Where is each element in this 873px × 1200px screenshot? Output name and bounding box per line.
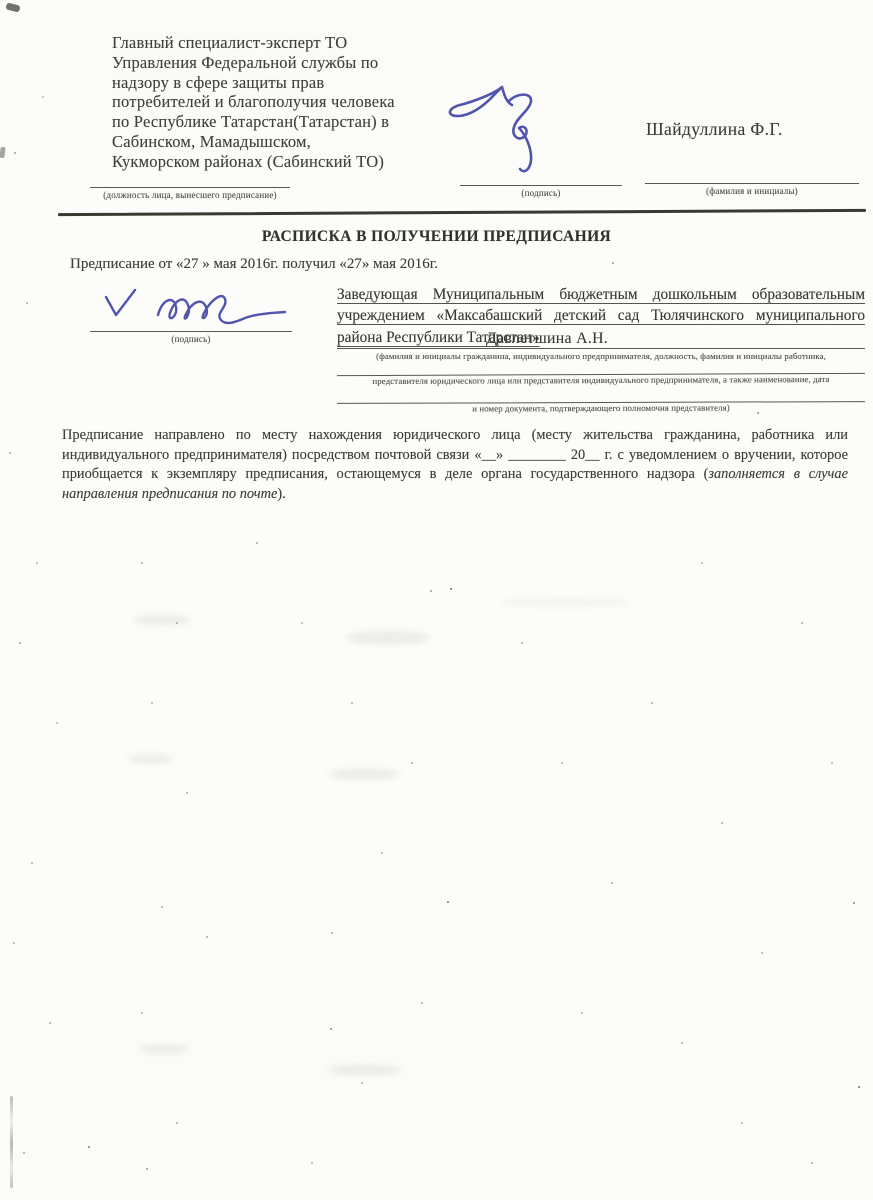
issuer-position-line: Главный специалист-эксперт ТО — [112, 33, 442, 53]
recipient-signature-line-group: (подпись) — [90, 331, 292, 344]
mailing-note-paragraph: Предписание направлено по месту нахожден… — [62, 426, 848, 504]
issuer-position-line: по Республике Татарстан(Татарстан) в — [112, 112, 442, 132]
issuer-signature-ink — [432, 76, 552, 186]
recipient-name: Давлетшина А.Н. — [486, 330, 608, 348]
recipient-signature-ink — [82, 284, 307, 338]
receipt-heading: РАСПИСКА В ПОЛУЧЕНИИ ПРЕДПИСАНИЯ — [0, 228, 873, 246]
recipient-name-line: Давлетшина А.Н. — [337, 330, 865, 349]
position-line-group: (должность лица, вынесшего предписание) — [90, 187, 290, 200]
scan-corner-mark — [5, 2, 20, 12]
issuer-position-line: Сабинском, Мамадышском, — [112, 132, 442, 152]
scan-noise — [0, 0, 2, 2]
scan-smudge — [345, 630, 431, 645]
section-divider-rule — [58, 209, 866, 216]
mailing-note-text: ). — [277, 486, 285, 502]
caption-fine-print-2: представителя юридического лица или пред… — [337, 374, 865, 386]
fine-print-line-group-3: и номер документа, подтверждающего полно… — [337, 401, 865, 414]
scan-edge-streak — [10, 1096, 13, 1188]
scan-smudge — [128, 754, 174, 764]
issuer-position-line: надзору в сфере защиты прав — [112, 73, 442, 93]
issuer-position-block: Главный специалист-эксперт ТО Управления… — [112, 33, 442, 172]
issuer-name: Шайдуллина Ф.Г. — [646, 119, 783, 140]
signature-line-group: (подпись) — [460, 185, 622, 198]
issuer-position-line: Кукморском районах (Сабинский ТО) — [112, 152, 442, 172]
caption-name: (фамилия и инициалы) — [645, 184, 859, 196]
caption-signature: (подпись) — [460, 186, 622, 198]
caption-position: (должность лица, вынесшего предписание) — [90, 188, 290, 200]
scan-smudge — [500, 598, 630, 607]
scan-smudge — [133, 614, 191, 626]
scan-smudge — [328, 768, 400, 780]
scan-smudge — [138, 1044, 190, 1054]
issuer-position-line: потребителей и благополучия человека — [112, 92, 442, 112]
scanned-document-page: Главный специалист-эксперт ТО Управления… — [0, 0, 873, 1200]
scan-edge-mark — [0, 147, 6, 159]
caption-fine-print-1: (фамилия и инициалы гражданина, индивиду… — [337, 351, 865, 361]
fine-print-line-group-2: представителя юридического лица или пред… — [337, 373, 865, 386]
caption-fine-print-3: и номер документа, подтверждающего полно… — [337, 402, 865, 414]
issuer-position-line: Управления Федеральной службы по — [112, 53, 442, 73]
scan-smudge — [328, 1064, 402, 1076]
receipt-date-line: Предписание от «27 » мая 2016г. получил … — [70, 256, 438, 273]
caption-signature: (подпись) — [90, 332, 292, 344]
name-line-group: (фамилия и инициалы) — [645, 183, 859, 196]
